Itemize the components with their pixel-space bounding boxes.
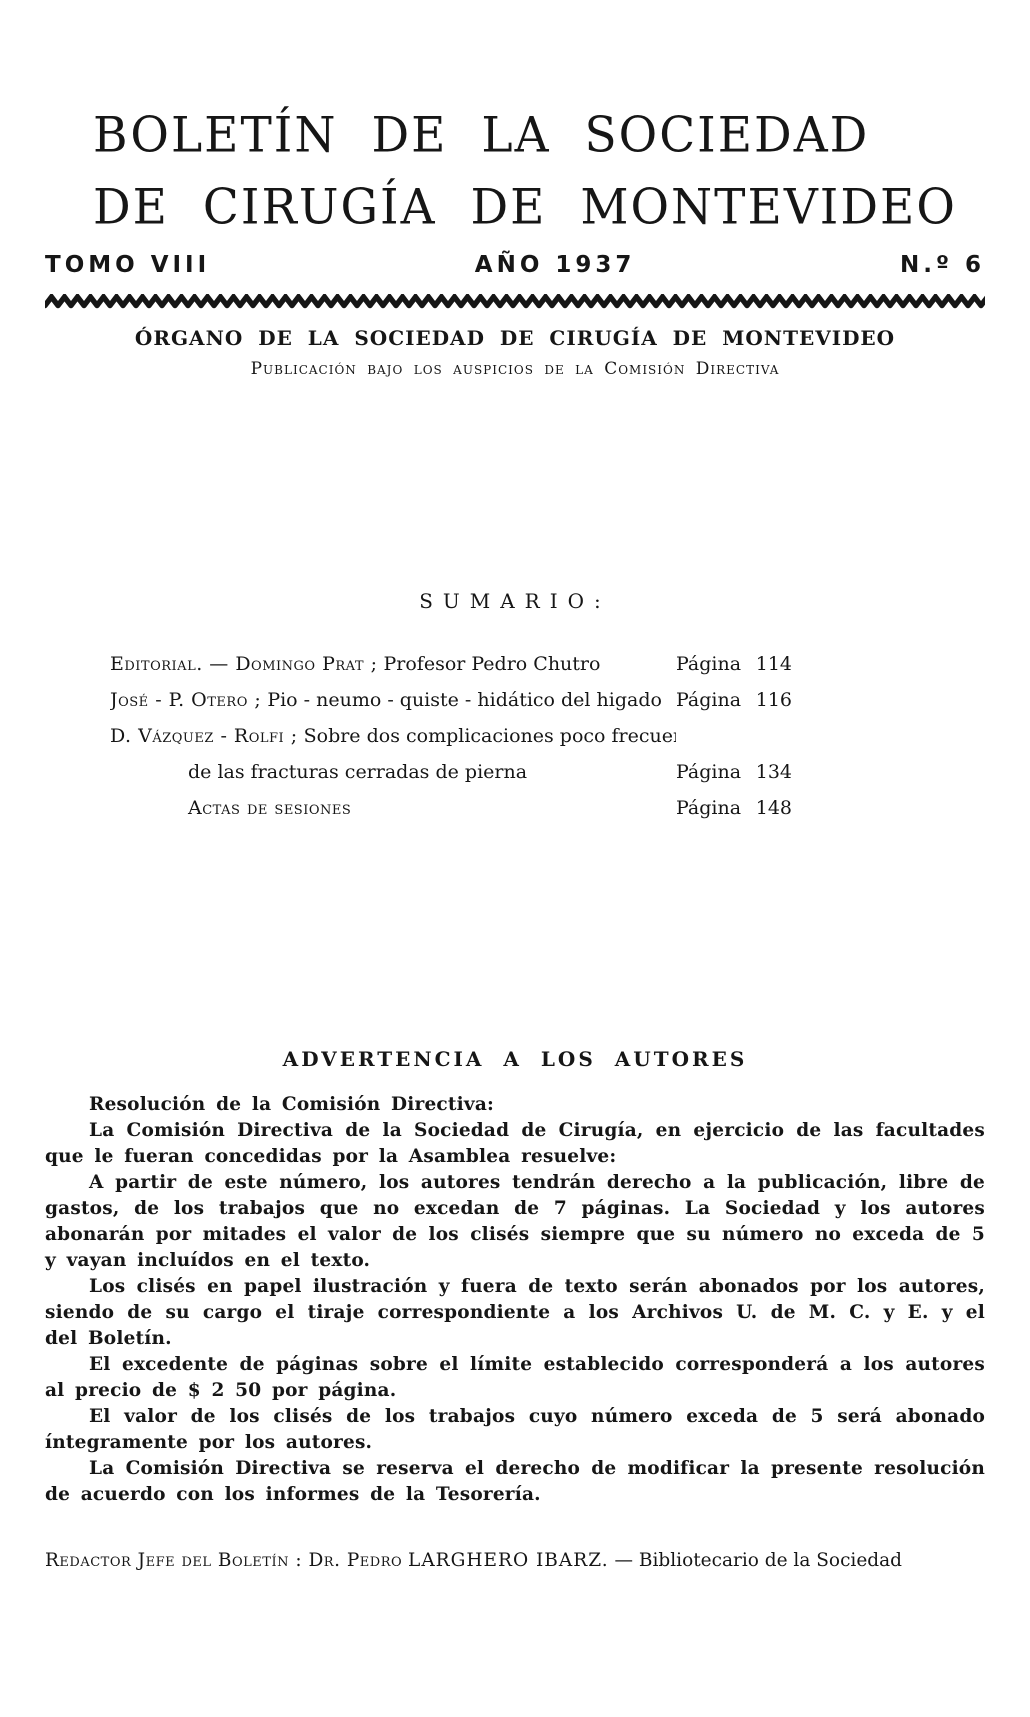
- editor-note: — Bibliotecario de la Sociedad: [615, 1550, 903, 1571]
- journal-title-line2: DE CIRUGÍA DE MONTEVIDEO: [93, 171, 985, 246]
- entry-title: Profesor Pedro Chutro: [383, 653, 600, 675]
- advertencia-paragraph: Los clisés en papel ilustración y fuera …: [45, 1274, 985, 1352]
- page-word: Página: [676, 797, 741, 819]
- advertencia-paragraph: Resolución de la Comisión Directiva:: [45, 1092, 985, 1118]
- sumario-entry-vazquez: D. Vázquez - Rolfi ;Sobre dos complicaci…: [110, 725, 792, 747]
- page-word: Página: [676, 689, 741, 711]
- journal-cover-page: BOLETÍN DE LA SOCIEDAD DE CIRUGÍA DE MON…: [0, 0, 1030, 1717]
- entry-title: Sobre dos complicaciones poco frecuentes: [304, 725, 676, 747]
- entry-text: Actas de sesiones: [110, 797, 676, 819]
- advertencia-paragraph: El excedente de páginas sobre el límite …: [45, 1352, 985, 1404]
- entry-title: Pio - neumo - quiste - hidático del higa…: [267, 689, 662, 711]
- organo-block: ÓRGANO DE LA SOCIEDAD DE CIRUGÍA DE MONT…: [45, 326, 985, 379]
- advertencia-heading: ADVERTENCIA A LOS AUTORES: [45, 1047, 985, 1071]
- advertencia-paragraph: El valor de los clisés de los trabajos c…: [45, 1404, 985, 1456]
- volume-label: TOMO VIII: [45, 252, 210, 278]
- sumario-list: Editorial. — Domingo Prat ;Profesor Pedr…: [110, 653, 792, 819]
- organo-subtitle: Publicación bajo los auspicios de la Com…: [45, 359, 985, 379]
- sumario-entry-vazquez-continuation: de las fracturas cerradas de pierna Pági…: [110, 761, 792, 783]
- entry-page: Página114: [676, 653, 792, 675]
- journal-title-line1: BOLETÍN DE LA SOCIEDAD: [93, 99, 985, 174]
- entry-author: José - P. Otero ;: [110, 689, 261, 711]
- entry-page: Página134: [676, 761, 792, 783]
- year-label: AÑO 1937: [475, 252, 636, 278]
- entry-page: Página116: [676, 689, 792, 711]
- entry-title: de las fracturas cerradas de pierna: [188, 761, 527, 783]
- editor-footer: Redactor Jefe del Boletín : Dr. Pedro LA…: [45, 1550, 985, 1571]
- page-number: 134: [756, 761, 792, 783]
- advertencia-body: Resolución de la Comisión Directiva: La …: [45, 1092, 985, 1508]
- sumario-heading: SUMARIO:: [45, 589, 985, 613]
- entry-text: José - P. Otero ;Pio - neumo - quiste - …: [110, 689, 676, 711]
- advertencia-paragraph: La Comisión Directiva de la Sociedad de …: [45, 1118, 985, 1170]
- journal-title: BOLETÍN DE LA SOCIEDAD DE CIRUGÍA DE MON…: [93, 100, 985, 244]
- entry-author: Editorial. — Domingo Prat ;: [110, 653, 377, 675]
- page-word: Página: [676, 761, 741, 783]
- page-number: 114: [756, 653, 792, 675]
- advertencia-paragraph: A partir de este número, los autores ten…: [45, 1170, 985, 1274]
- page-number: 148: [756, 797, 792, 819]
- entry-author: Actas de sesiones: [188, 797, 351, 819]
- sumario-entry-editorial: Editorial. — Domingo Prat ;Profesor Pedr…: [110, 653, 792, 675]
- issue-number-label: N.º 6: [900, 252, 985, 278]
- page-number: 116: [756, 689, 792, 711]
- entry-text: D. Vázquez - Rolfi ;Sobre dos complicaci…: [110, 725, 676, 747]
- volume-info-row: TOMO VIII AÑO 1937 N.º 6: [45, 252, 985, 278]
- entry-text: Editorial. — Domingo Prat ;Profesor Pedr…: [110, 653, 676, 675]
- entry-author: D. Vázquez - Rolfi ;: [110, 725, 298, 747]
- organo-title: ÓRGANO DE LA SOCIEDAD DE CIRUGÍA DE MONT…: [45, 326, 985, 350]
- editor-name: LARGHERO IBARZ.: [408, 1550, 609, 1571]
- entry-text: de las fracturas cerradas de pierna: [110, 761, 676, 783]
- page-word: Página: [676, 653, 741, 675]
- advertencia-paragraph: La Comisión Directiva se reserva el dere…: [45, 1456, 985, 1508]
- entry-page: Página148: [676, 797, 792, 819]
- editor-role: Redactor Jefe del Boletín : Dr. Pedro: [45, 1550, 402, 1571]
- sumario-entry-actas: Actas de sesiones Página148: [110, 797, 792, 819]
- zigzag-divider: [45, 294, 985, 309]
- sumario-entry-otero: José - P. Otero ;Pio - neumo - quiste - …: [110, 689, 792, 711]
